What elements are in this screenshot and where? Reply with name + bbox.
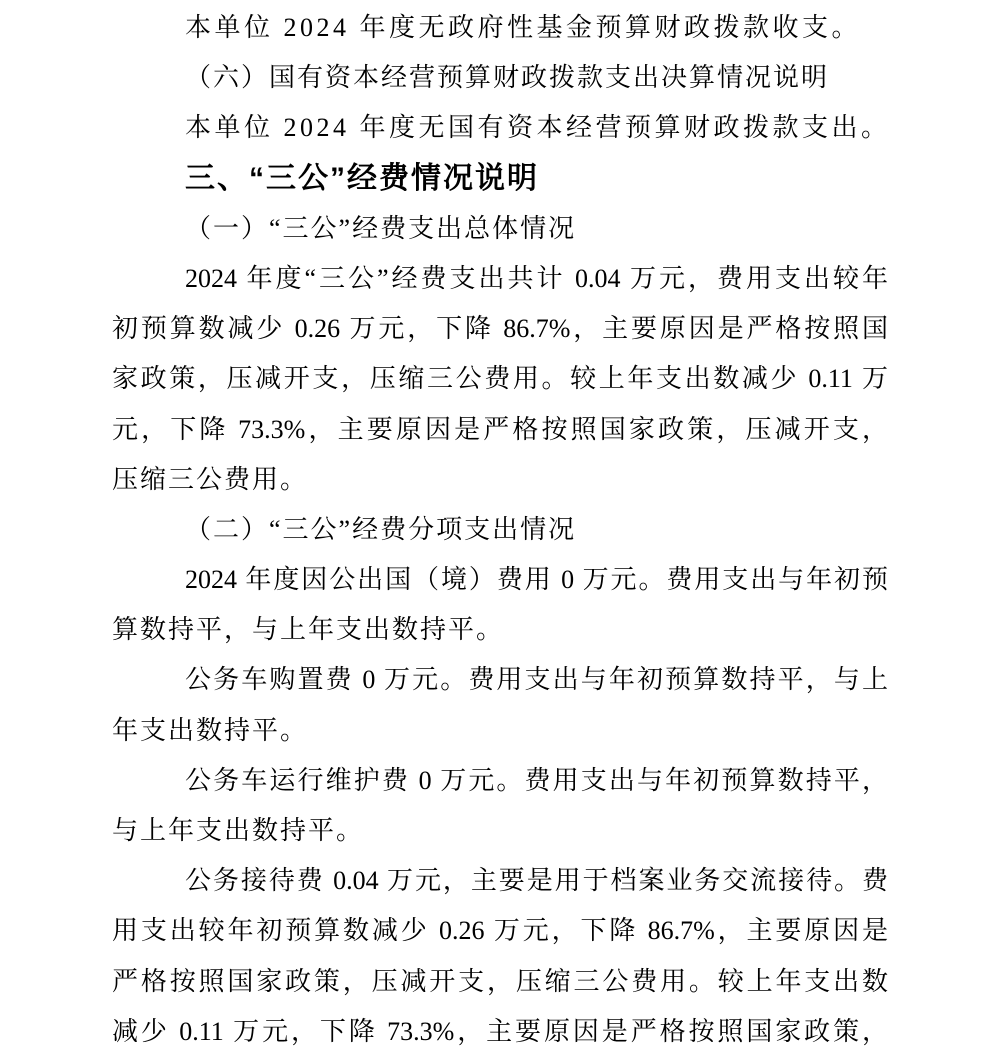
paragraph-line: 公务车购置费 0 万元。费用支出与年初预算数持平，与上 (112, 655, 888, 705)
document-page: 本单位 2024 年度无政府性基金预算财政拨款收支。（六）国有资本经营预算财政拨… (0, 0, 1000, 1059)
paragraph-line: 家政策，压减开支，压缩三公费用。较上年支出数减少 0.11 万 (112, 354, 888, 404)
paragraph-line: 2024 年度“三公”经费支出共计 0.04 万元，费用支出较年 (112, 254, 888, 304)
paragraph-line: 初预算数减少 0.26 万元，下降 86.7%，主要原因是严格按照国 (112, 304, 888, 354)
paragraph-line: 本单位 2024 年度无国有资本经营预算财政拨款支出。 (112, 103, 888, 153)
section-heading: 三、“三公”经费情况说明 (112, 154, 888, 204)
subsection-heading: （六）国有资本经营预算财政拨款支出决算情况说明 (112, 53, 888, 103)
paragraph-line: 公务车运行维护费 0 万元。费用支出与年初预算数持平， (112, 756, 888, 806)
paragraph-line: 元，下降 73.3%，主要原因是严格按照国家政策，压减开支， (112, 405, 888, 455)
subsection-heading: （一）“三公”经费支出总体情况 (112, 204, 888, 254)
paragraph-line: 严格按照国家政策，压减开支，压缩三公费用。较上年支出数 (112, 957, 888, 1007)
paragraph-line: 算数持平，与上年支出数持平。 (112, 605, 888, 655)
document-content: 本单位 2024 年度无政府性基金预算财政拨款收支。（六）国有资本经营预算财政拨… (0, 0, 1000, 1057)
paragraph-line: 本单位 2024 年度无政府性基金预算财政拨款收支。 (112, 3, 888, 53)
paragraph-line: 与上年支出数持平。 (112, 806, 888, 856)
paragraph-line: 压缩三公费用。 (112, 455, 888, 505)
paragraph-line: 年支出数持平。 (112, 706, 888, 756)
paragraph-line: 公务接待费 0.04 万元，主要是用于档案业务交流接待。费 (112, 856, 888, 906)
paragraph-line: 2024 年度因公出国（境）费用 0 万元。费用支出与年初预 (112, 555, 888, 605)
paragraph-line: 减少 0.11 万元，下降 73.3%，主要原因是严格按照国家政策， (112, 1007, 888, 1057)
paragraph-line: 用支出较年初预算数减少 0.26 万元，下降 86.7%，主要原因是 (112, 906, 888, 956)
subsection-heading: （二）“三公”经费分项支出情况 (112, 505, 888, 555)
